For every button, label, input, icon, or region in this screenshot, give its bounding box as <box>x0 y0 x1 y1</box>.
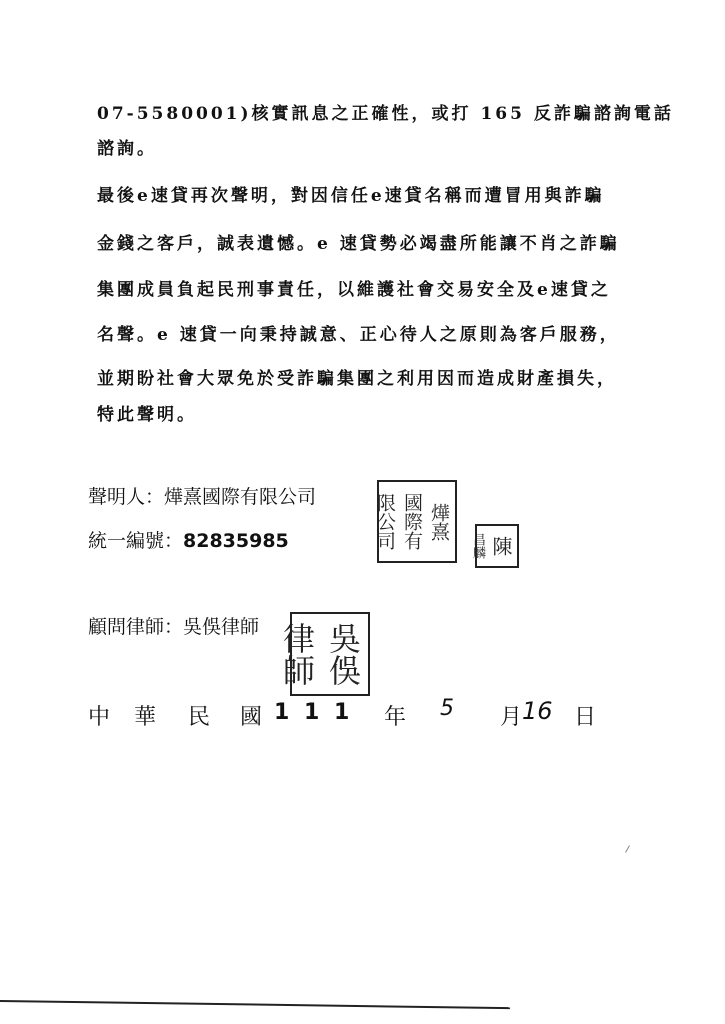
paragraph-line: 金錢之客戶，誠表遺憾。e 速貸勢必竭盡所能讓不肖之詐騙 <box>97 229 620 254</box>
lawyer-name: 吳俁律師 <box>183 616 259 638</box>
paragraph-line: 名聲。e 速貸一向秉持誠意、正心待人之原則為客戶服務， <box>97 320 620 345</box>
paragraph-line: 集團成員負起民刑事責任，以維護社會交易安全及e速貸之 <box>97 275 611 300</box>
lawyer-line: 顧問律師：吳俁律師 <box>88 612 259 639</box>
scan-speck <box>625 845 630 852</box>
scan-edge-line <box>0 1000 510 1009</box>
seal-column: 國際有 <box>399 484 426 559</box>
seal-column: 陳 <box>487 527 516 565</box>
year-digit: 1 <box>334 700 349 725</box>
company-seal: 燁熹 國際有 限公司 <box>377 480 457 563</box>
date-era-char: 民 <box>188 700 210 731</box>
seal-column: 律師 <box>274 616 320 692</box>
declarant-name: 燁熹國際有限公司 <box>164 486 316 508</box>
day-handwritten: 16 <box>522 697 553 725</box>
lawyer-label: 顧問律師： <box>88 616 183 638</box>
seal-column: 昌麟 <box>468 527 487 565</box>
paragraph-line: 並期盼社會大眾免於受詐騙集團之利用因而造成財產損失， <box>97 364 617 389</box>
year-unit: 年 <box>384 700 406 731</box>
tax-id-label: 統一編號： <box>88 530 183 552</box>
date-era-char: 國 <box>240 700 262 731</box>
seal-column: 吳俁 <box>320 616 366 692</box>
year-digit: 1 <box>274 700 289 725</box>
seal-column: 限公司 <box>372 484 399 559</box>
paragraph-line: 特此聲明。 <box>97 400 197 425</box>
paragraph-line: 07-5580001)核實訊息之正確性，或打 165 反詐騙諮詢電話 <box>97 99 674 124</box>
month-unit: 月 <box>500 700 522 731</box>
year-digit: 1 <box>304 700 319 725</box>
lawyer-seal: 吳俁 律師 <box>290 612 370 696</box>
tax-id-number: 82835985 <box>183 530 289 552</box>
month-handwritten: 5 <box>440 696 454 721</box>
tax-id-line: 統一編號：82835985 <box>88 526 289 553</box>
personal-seal: 陳 昌麟 <box>475 524 519 568</box>
date-era-char: 華 <box>134 700 156 731</box>
paragraph-line: 最後e速貸再次聲明，對因信任e速貸名稱而遭冒用與詐騙 <box>97 181 605 206</box>
paragraph-line: 諮詢。 <box>97 134 157 159</box>
declarant-line: 聲明人：燁熹國際有限公司 <box>88 482 316 509</box>
date-era-char: 中 <box>88 700 110 731</box>
declarant-label: 聲明人： <box>88 486 164 508</box>
seal-column: 燁熹 <box>426 484 453 559</box>
day-unit: 日 <box>574 700 596 731</box>
